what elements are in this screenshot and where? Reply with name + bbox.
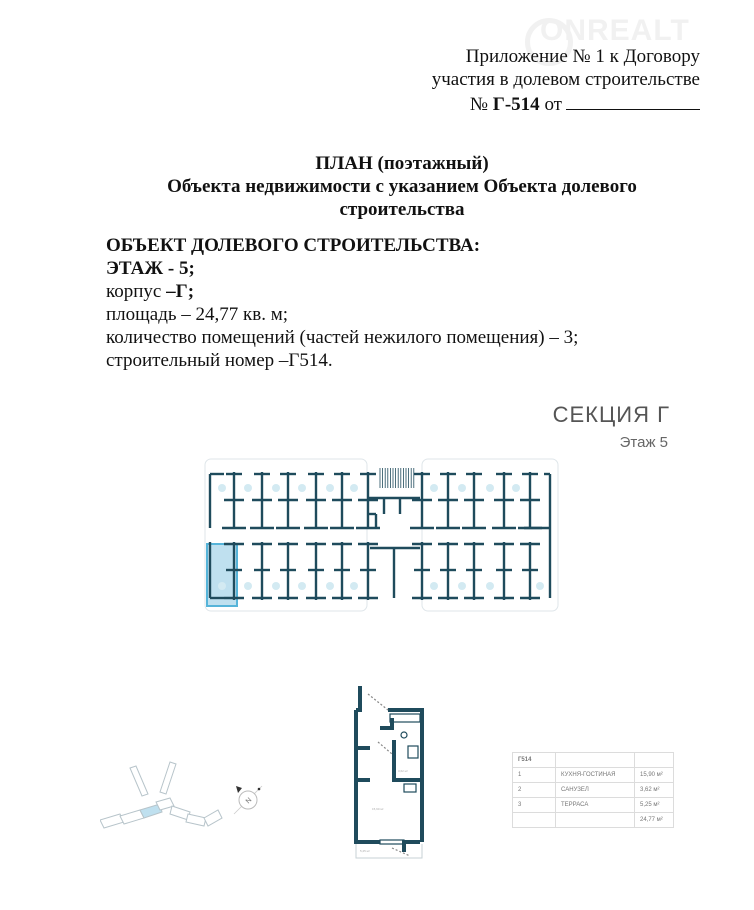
highlighted-unit [207, 544, 237, 606]
table-header-row: Г514 [513, 753, 674, 768]
appendix-header: Приложение № 1 к Договору участия в доле… [432, 45, 700, 116]
object-rooms: количество помещений (частей нежилого по… [106, 326, 578, 349]
object-number: строительный номер –Г514. [106, 349, 578, 372]
section-title: СЕКЦИЯ Г [553, 402, 670, 428]
unit-plan: 3,62 м² 15,90 м² 5,25 м² [330, 680, 440, 860]
svg-text:3,62 м²: 3,62 м² [398, 769, 408, 773]
object-floor: ЭТАЖ - 5; [106, 257, 578, 280]
floor-plan [204, 458, 560, 614]
svg-text:5,25 м²: 5,25 м² [360, 849, 370, 853]
table-row: 3ТЕРРАСА5,25 м² [513, 798, 674, 813]
appendix-line-2: участия в долевом строительстве [432, 68, 700, 91]
contract-number: Г-514 [493, 94, 540, 115]
site-plan [100, 760, 230, 840]
table-row: 1КУХНЯ-ГОСТИНАЯ15,90 м² [513, 768, 674, 783]
table-row: 2САНУЗЕЛ3,62 м² [513, 783, 674, 798]
section-floor: Этаж 5 [620, 434, 668, 451]
watermark: ONREALT [540, 14, 690, 48]
date-blank [566, 91, 700, 110]
svg-text:15,90 м²: 15,90 м² [372, 807, 383, 811]
table-row: 24,77 м² [513, 813, 674, 828]
object-building: корпус –Г; [106, 280, 578, 303]
object-area: площадь – 24,77 кв. м; [106, 303, 578, 326]
appendix-line-1: Приложение № 1 к Договору [432, 45, 700, 68]
object-details: ОБЪЕКТ ДОЛЕВОГО СТРОИТЕЛЬСТВА: ЭТАЖ - 5;… [106, 234, 578, 372]
plan-title: ПЛАН (поэтажный) Объекта недвижимости с … [0, 152, 754, 221]
appendix-line-3: № Г-514 от [432, 91, 700, 116]
object-heading: ОБЪЕКТ ДОЛЕВОГО СТРОИТЕЛЬСТВА: [106, 234, 578, 257]
unit-area-table: Г5141КУХНЯ-ГОСТИНАЯ15,90 м²2САНУЗЕЛ3,62 … [512, 752, 674, 828]
compass-icon: N [228, 780, 268, 820]
